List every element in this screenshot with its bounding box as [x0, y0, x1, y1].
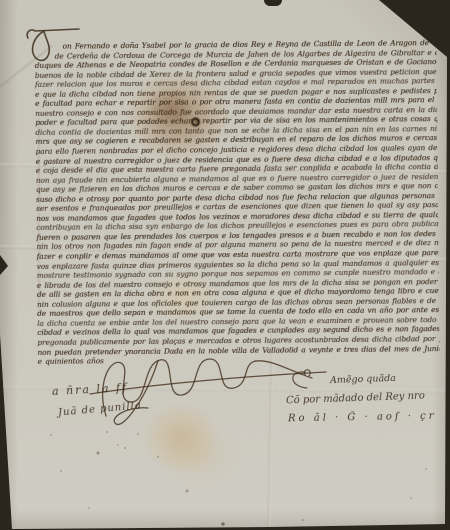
secretary-flourish-icon: [281, 364, 317, 398]
ink-specks: [0, 0, 2, 2]
ink-blot: [189, 116, 202, 128]
paper-tear-top-icon: [264, 0, 282, 6]
signature-note-right-3: Ro ãl · G̃ · aoſ · çr: [288, 411, 437, 425]
paper-tear-left-icon: [0, 255, 8, 275]
manuscript-text-block: on Fernando e doña Ysabel por la gracia …: [34, 38, 439, 366]
manuscript-photo: on Fernando e doña Ysabel por la gracia …: [0, 0, 450, 530]
signature-note-right-1: Amẽgo quãda: [330, 373, 396, 386]
parchment-paper: on Fernando e doña Ysabel por la gracia …: [0, 0, 450, 530]
